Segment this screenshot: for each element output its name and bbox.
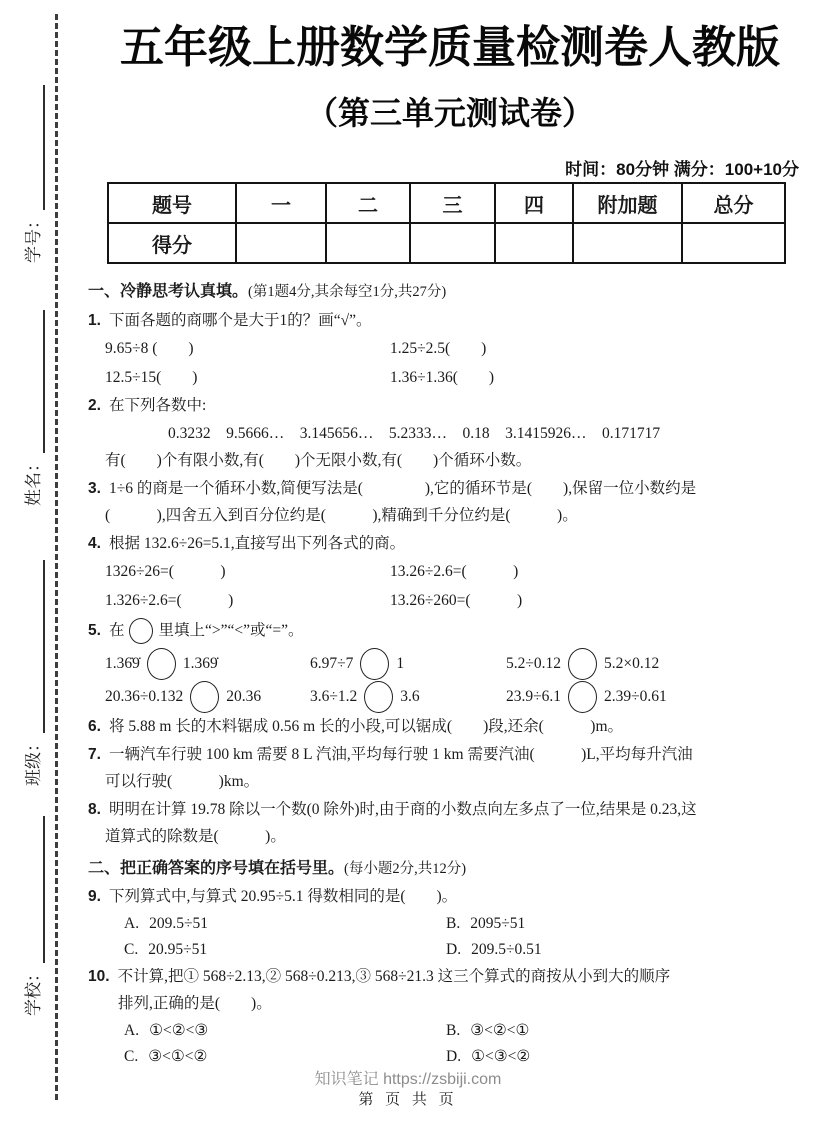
q10-options: A.①<②<③ B.③<②<① C.③<①<② D.①<③<② bbox=[88, 1018, 804, 1070]
section1-title: 一、冷静思考认真填。 bbox=[88, 283, 248, 300]
section2-note: (每小题2分,共12分) bbox=[344, 861, 466, 877]
option-value: ①<③<② bbox=[471, 1048, 530, 1065]
q4-item: 1.326÷2.6=( ) bbox=[105, 586, 390, 615]
option-value: 209.5÷51 bbox=[149, 915, 208, 932]
seal-field-name: 姓名： bbox=[21, 310, 45, 506]
seal-field-class: 班级： bbox=[21, 560, 45, 786]
seal-blank-line bbox=[25, 560, 45, 733]
compare-item: 6.97÷71 bbox=[310, 647, 506, 680]
question-text: 根据 132.6÷26=5.1,直接写出下列各式的商。 bbox=[109, 535, 405, 552]
question-number: 9. bbox=[88, 888, 101, 905]
seal-label-student-no: 学号： bbox=[23, 212, 45, 263]
option-item: A.①<②<③ bbox=[124, 1018, 446, 1044]
q8-line2: 道算式的除数是( )。 bbox=[88, 823, 804, 851]
q1-items: 9.65÷8 ( ) 1.25÷2.5( ) 12.5÷15( ) 1.36÷1… bbox=[88, 334, 804, 392]
option-letter: D. bbox=[446, 941, 461, 958]
option-letter: B. bbox=[446, 1022, 460, 1039]
compare-right: 5.2×0.12 bbox=[604, 650, 659, 678]
q4-item: 13.26÷260=( ) bbox=[390, 586, 804, 615]
seal-field-school: 学校： bbox=[21, 816, 45, 1016]
score-cell-empty bbox=[682, 223, 785, 263]
answer-circle bbox=[129, 618, 153, 644]
score-header-cell: 总分 bbox=[682, 183, 785, 223]
question-text: 明明在计算 19.78 除以一个数(0 除外)时,由于商的小数点向左多点了一位,… bbox=[109, 801, 697, 818]
seal-label-name: 姓名： bbox=[23, 455, 45, 506]
exam-time-score-info: 时间：80分钟 满分：100+10分 bbox=[565, 155, 799, 180]
q1-item: 12.5÷15( ) bbox=[105, 363, 390, 392]
option-item: A.209.5÷51 bbox=[124, 911, 446, 937]
question-text: 将 5.88 m 长的木料锯成 0.56 m 长的小段,可以锯成( )段,还余(… bbox=[109, 718, 623, 735]
seal-blank-line bbox=[25, 85, 45, 210]
question-text: 下面各题的商哪个是大于1的？画“√”。 bbox=[109, 312, 372, 329]
question-number: 6. bbox=[88, 718, 101, 735]
option-value: 209.5÷0.51 bbox=[471, 941, 542, 958]
score-header-cell: 二 bbox=[326, 183, 410, 223]
seal-field-student-no: 学号： bbox=[21, 85, 45, 263]
question-number: 5. bbox=[88, 617, 101, 645]
score-cell-empty bbox=[236, 223, 326, 263]
score-header-cell: 三 bbox=[410, 183, 495, 223]
compare-right: 1 bbox=[396, 650, 404, 678]
question-8: 8.明明在计算 19.78 除以一个数(0 除外)时,由于商的小数点向左多点了一… bbox=[88, 796, 804, 824]
seal-dashed-line bbox=[55, 14, 58, 1100]
score-header-cell: 一 bbox=[236, 183, 326, 223]
question-6: 6.将 5.88 m 长的木料锯成 0.56 m 长的小段,可以锯成( )段,还… bbox=[88, 713, 804, 741]
score-cell-empty bbox=[410, 223, 495, 263]
option-value: 2095÷51 bbox=[470, 915, 525, 932]
question-9: 9.下列算式中,与算式 20.95÷5.1 得数相同的是( )。 bbox=[88, 883, 804, 911]
answer-circle bbox=[364, 681, 393, 713]
score-header-cell: 四 bbox=[495, 183, 573, 223]
seal-blank-line bbox=[25, 816, 45, 963]
q4-items: 1326÷26=( ) 13.26÷2.6=( ) 1.326÷2.6=( ) … bbox=[88, 557, 804, 615]
section2-title: 二、把正确答案的序号填在括号里。 bbox=[88, 860, 344, 877]
question-3: 3.1÷6 的商是一个循环小数,简便写法是( ),它的循环节是( ),保留一位小… bbox=[88, 475, 804, 503]
compare-item: 23.9÷6.12.39÷0.61 bbox=[506, 680, 804, 713]
section2-heading: 二、把正确答案的序号填在括号里。(每小题2分,共12分) bbox=[88, 855, 804, 884]
option-value: ③<①<② bbox=[148, 1048, 207, 1065]
option-letter: A. bbox=[124, 1022, 139, 1039]
score-row-label: 得分 bbox=[108, 223, 236, 263]
q1-item: 1.36÷1.36( ) bbox=[390, 363, 804, 392]
q10-line2: 排列,正确的是( )。 bbox=[88, 990, 804, 1018]
compare-item: 5.2÷0.125.2×0.12 bbox=[506, 647, 804, 680]
compare-right: 1.369̇ bbox=[183, 650, 218, 678]
compare-item: 1.36̇9̇1.369̇ bbox=[105, 647, 310, 680]
question-text: 不计算,把① 568÷2.13,② 568÷0.213,③ 568÷21.3 这… bbox=[118, 968, 671, 985]
section1-heading: 一、冷静思考认真填。(第1题4分,其余每空1分,共27分) bbox=[88, 278, 804, 307]
score-header-cell: 题号 bbox=[108, 183, 236, 223]
option-item: B.2095÷51 bbox=[446, 911, 804, 937]
question-number: 7. bbox=[88, 746, 101, 763]
question-text: 在下列各数中: bbox=[109, 397, 206, 414]
option-item: D.209.5÷0.51 bbox=[446, 937, 804, 963]
compare-item: 20.36÷0.13220.36 bbox=[105, 680, 310, 713]
question-4: 4.根据 132.6÷26=5.1,直接写出下列各式的商。 bbox=[88, 530, 804, 558]
option-item: B.③<②<① bbox=[446, 1018, 804, 1044]
question-number: 4. bbox=[88, 535, 101, 552]
compare-left: 23.9÷6.1 bbox=[506, 683, 561, 711]
score-table: 题号 一 二 三 四 附加题 总分 得分 bbox=[107, 182, 786, 264]
compare-left: 5.2÷0.12 bbox=[506, 650, 561, 678]
question-number: 8. bbox=[88, 801, 101, 818]
compare-item: 3.6÷1.23.6 bbox=[310, 680, 506, 713]
score-cell-empty bbox=[326, 223, 410, 263]
seal-label-class: 班级： bbox=[23, 735, 45, 786]
question-text: 一辆汽车行驶 100 km 需要 8 L 汽油,平均每行驶 1 km 需要汽油(… bbox=[109, 746, 693, 763]
compare-left: 3.6÷1.2 bbox=[310, 683, 357, 711]
compare-left: 1.36̇9̇ bbox=[105, 650, 140, 678]
option-value: 20.95÷51 bbox=[148, 941, 207, 958]
q7-line2: 可以行驶( )km。 bbox=[88, 768, 804, 796]
seal-label-school: 学校： bbox=[23, 965, 45, 1016]
question-text: 下列算式中,与算式 20.95÷5.1 得数相同的是( )。 bbox=[109, 888, 457, 905]
page-number-line: 第 页 共 页 bbox=[0, 1088, 816, 1109]
compare-left: 6.97÷7 bbox=[310, 650, 353, 678]
question-number: 3. bbox=[88, 480, 101, 497]
q9-options: A.209.5÷51 B.2095÷51 C.20.95÷51 D.209.5÷… bbox=[88, 911, 804, 963]
compare-left: 20.36÷0.132 bbox=[105, 683, 183, 711]
score-header-cell: 附加题 bbox=[573, 183, 682, 223]
compare-right: 3.6 bbox=[400, 683, 419, 711]
score-table-score-row: 得分 bbox=[108, 223, 785, 263]
score-table-header-row: 题号 一 二 三 四 附加题 总分 bbox=[108, 183, 785, 223]
q4-item: 1326÷26=( ) bbox=[105, 557, 390, 586]
option-letter: B. bbox=[446, 915, 460, 932]
option-letter: D. bbox=[446, 1048, 461, 1065]
option-item: C.20.95÷51 bbox=[124, 937, 446, 963]
q1-item: 1.25÷2.5( ) bbox=[390, 334, 804, 363]
option-value: ①<②<③ bbox=[149, 1022, 208, 1039]
answer-circle bbox=[190, 681, 219, 713]
question-7: 7.一辆汽车行驶 100 km 需要 8 L 汽油,平均每行驶 1 km 需要汽… bbox=[88, 741, 804, 769]
question-text: 1÷6 的商是一个循环小数,简便写法是( ),它的循环节是( ),保留一位小数约… bbox=[109, 480, 696, 497]
q3-line2: ( ),四舍五入到百分位约是( ),精确到千分位约是( )。 bbox=[88, 502, 804, 530]
site-watermark: 知识笔记 https://zsbiji.com bbox=[0, 1066, 816, 1089]
q1-item: 9.65÷8 ( ) bbox=[105, 334, 390, 363]
question-number: 2. bbox=[88, 397, 101, 414]
question-text: 里填上“>”“<”或“=”。 bbox=[158, 617, 303, 645]
question-number: 1. bbox=[88, 312, 101, 329]
question-text: 在 bbox=[109, 617, 125, 645]
score-cell-empty bbox=[573, 223, 682, 263]
compare-right: 2.39÷0.61 bbox=[604, 683, 667, 711]
exam-title: 五年级上册数学质量检测卷人教版 bbox=[96, 22, 804, 75]
answer-circle bbox=[147, 648, 176, 680]
score-cell-empty bbox=[495, 223, 573, 263]
answer-circle bbox=[568, 681, 597, 713]
option-value: ③<②<① bbox=[470, 1022, 529, 1039]
answer-circle bbox=[568, 648, 597, 680]
q4-item: 13.26÷2.6=( ) bbox=[390, 557, 804, 586]
compare-right: 20.36 bbox=[226, 683, 261, 711]
answer-circle bbox=[360, 648, 389, 680]
option-letter: C. bbox=[124, 941, 138, 958]
question-1: 1.下面各题的商哪个是大于1的？画“√”。 bbox=[88, 307, 804, 335]
exam-subtitle: （第三单元测试卷） bbox=[96, 88, 804, 134]
option-letter: C. bbox=[124, 1048, 138, 1065]
question-10: 10.不计算,把① 568÷2.13,② 568÷0.213,③ 568÷21.… bbox=[88, 963, 804, 991]
q5-comparisons: 1.36̇9̇1.369̇ 6.97÷71 5.2÷0.125.2×0.12 2… bbox=[88, 647, 804, 713]
question-number: 10. bbox=[88, 968, 110, 985]
q2-number-list: 0.3232 9.5666… 3.145656… 5.2333… 0.18 3.… bbox=[88, 420, 804, 448]
section1-note: (第1题4分,其余每空1分,共27分) bbox=[248, 284, 446, 300]
seal-blank-line bbox=[25, 310, 45, 453]
question-5: 5.在里填上“>”“<”或“=”。 bbox=[88, 615, 804, 647]
q2-blanks-line: 有( )个有限小数,有( )个无限小数,有( )个循环小数。 bbox=[88, 447, 804, 475]
option-letter: A. bbox=[124, 915, 139, 932]
exam-body: 一、冷静思考认真填。(第1题4分,其余每空1分,共27分) 1.下面各题的商哪个… bbox=[88, 278, 804, 1070]
question-2: 2.在下列各数中: bbox=[88, 392, 804, 420]
